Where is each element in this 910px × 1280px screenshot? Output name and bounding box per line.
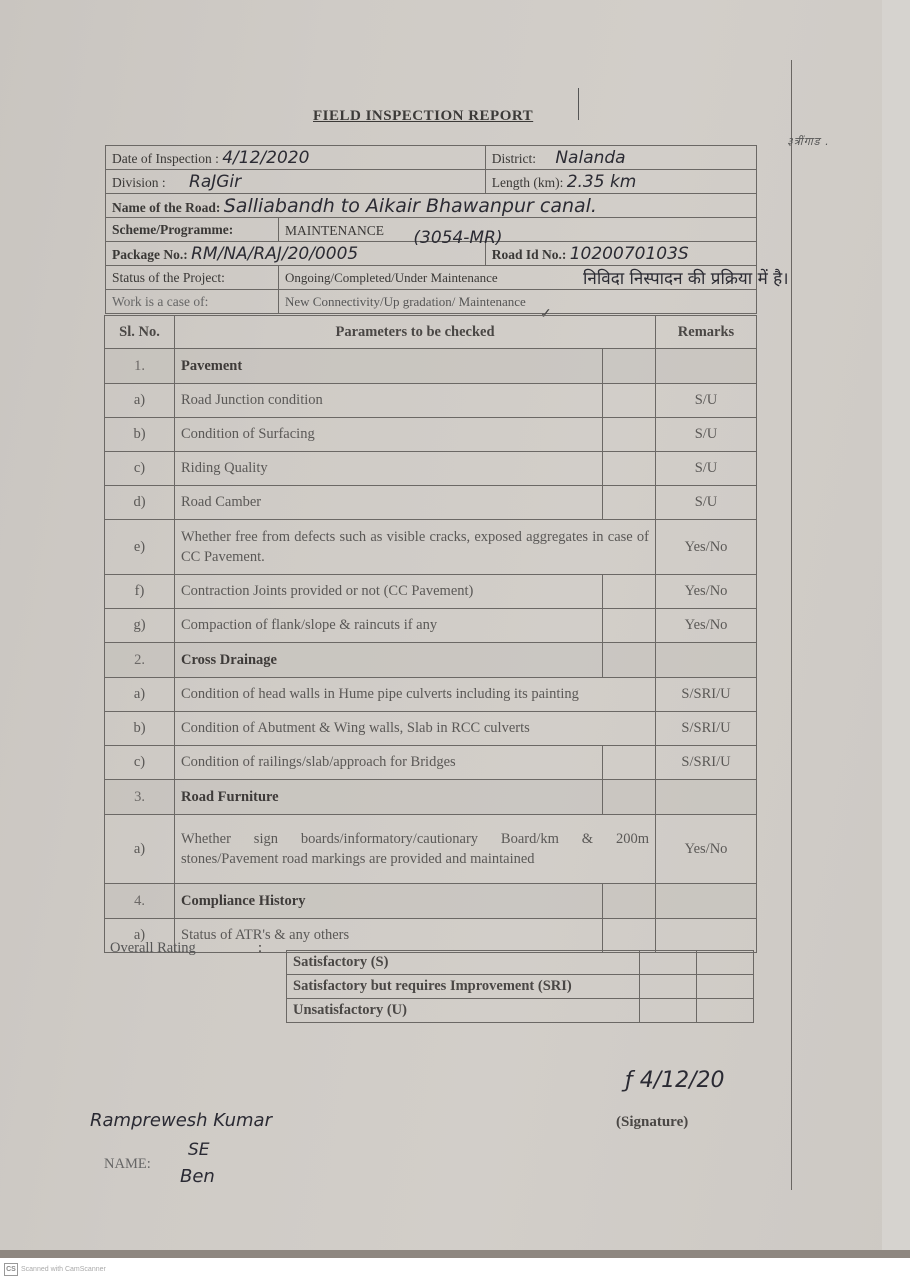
table-row: a)Condition of head walls in Hume pipe c… (105, 678, 757, 712)
item-remark: Yes/No (656, 520, 757, 575)
work-options: New Connectivity/Up gradation/ Maintenan… (279, 290, 757, 314)
item-remark: S/SRI/U (656, 712, 757, 746)
item-number: b) (105, 712, 175, 746)
camscanner-watermark: CS Scanned with CamScanner (4, 1263, 106, 1276)
rating-option-sri: Satisfactory but requires Improvement (S… (287, 975, 640, 999)
scheme-value: MAINTENANCE (285, 223, 384, 238)
item-number: a) (105, 384, 175, 418)
table-row: c)Riding QualityS/U (105, 452, 757, 486)
item-parameter: Whether free from defects such as visibl… (175, 520, 656, 575)
road-id-label: Road Id No.: (492, 247, 567, 262)
item-number: f) (105, 575, 175, 609)
table-row: f)Contraction Joints provided or not (CC… (105, 575, 757, 609)
inspector-designation: SE (188, 1140, 210, 1160)
item-parameter: Compaction of flank/slope & raincuts if … (175, 609, 603, 643)
watermark-text: Scanned with CamScanner (21, 1266, 106, 1273)
parameters-table: Sl. No.Parameters to be checkedRemarks1.… (104, 315, 757, 953)
item-number: c) (105, 746, 175, 780)
signature-mark: ƒ 4/12/20 (625, 1068, 725, 1093)
item-remark: S/U (656, 384, 757, 418)
item-remark (656, 919, 757, 953)
fold-line (791, 60, 792, 1190)
camscanner-icon: CS (4, 1263, 18, 1276)
table-row: a)Whether sign boards/informatory/cautio… (105, 815, 757, 884)
section-name: Pavement (175, 349, 603, 384)
table-row: e)Whether free from defects such as visi… (105, 520, 757, 575)
col-sl-header: Sl. No. (105, 316, 175, 349)
road-name-label: Name of the Road: (112, 200, 220, 215)
page-bottom-edge (0, 1250, 910, 1258)
overall-rating-table: Satisfactory (S) Satisfactory but requir… (286, 950, 754, 1023)
item-parameter: Contraction Joints provided or not (CC P… (175, 575, 603, 609)
section-name: Compliance History (175, 884, 603, 919)
item-parameter: Status of ATR's & any others (175, 919, 603, 953)
item-parameter: Condition of Abutment & Wing walls, Slab… (175, 712, 656, 746)
division-label: Division : (112, 175, 166, 190)
item-remark: S/SRI/U (656, 678, 757, 712)
section-name: Road Furniture (175, 780, 603, 815)
table-row: b)Condition of SurfacingS/U (105, 418, 757, 452)
status-note-hindi: निविदा निस्पादन की प्रक्रिया में है। (583, 266, 789, 289)
section-number: 4. (105, 884, 175, 919)
table-row: a)Status of ATR's & any others (105, 919, 757, 953)
item-number: d) (105, 486, 175, 520)
scheme-label: Scheme/Programme: (106, 218, 279, 242)
table-row: g)Compaction of flank/slope & raincuts i… (105, 609, 757, 643)
section-row: 2.Cross Drainage (105, 643, 757, 678)
item-number: g) (105, 609, 175, 643)
item-remark: S/U (656, 452, 757, 486)
rating-option-s: Satisfactory (S) (287, 951, 640, 975)
item-remark: S/U (656, 418, 757, 452)
page-edge (882, 0, 910, 1258)
inspector-location: Ben (180, 1166, 215, 1187)
item-parameter: Condition of railings/slab/approach for … (175, 746, 603, 780)
item-parameter: Riding Quality (175, 452, 603, 486)
length-label: Length (km): (492, 175, 564, 190)
item-parameter: Road Camber (175, 486, 603, 520)
date-label: Date of Inspection : (112, 151, 219, 166)
status-label: Status of the Project: (106, 266, 279, 290)
road-id-value: 1020070103S (570, 244, 689, 264)
item-parameter: Road Junction condition (175, 384, 603, 418)
table-row: c)Condition of railings/slab/approach fo… (105, 746, 757, 780)
item-number: e) (105, 520, 175, 575)
margin-scribble: ३त्रींगाड . (787, 134, 830, 149)
overall-rating-colon: : (258, 940, 262, 957)
item-number: b) (105, 418, 175, 452)
item-parameter: Condition of head walls in Hume pipe cul… (175, 678, 656, 712)
section-number: 2. (105, 643, 175, 678)
item-remark: Yes/No (656, 575, 757, 609)
district-value: Nalanda (555, 148, 625, 168)
section-name: Cross Drainage (175, 643, 603, 678)
package-value: RM/NA/RAJ/20/0005 (191, 244, 358, 264)
section-row: 3.Road Furniture (105, 780, 757, 815)
item-parameter: Whether sign boards/informatory/cautiona… (175, 815, 656, 884)
document-title: FIELD INSPECTION REPORT (313, 108, 533, 125)
signature-label: (Signature) (616, 1114, 688, 1131)
overall-rating-label: Overall Rating (110, 940, 196, 957)
fold-line (578, 88, 579, 120)
item-number: c) (105, 452, 175, 486)
section-number: 1. (105, 349, 175, 384)
rating-option-u: Unsatisfactory (U) (287, 999, 640, 1023)
table-row: d)Road CamberS/U (105, 486, 757, 520)
length-value: 2.35 km (567, 172, 637, 192)
item-number: a) (105, 678, 175, 712)
inspector-name: Ramprewesh Kumar (90, 1110, 272, 1131)
section-number: 3. (105, 780, 175, 815)
item-remark: S/U (656, 486, 757, 520)
work-label: Work is a case of: (106, 290, 279, 314)
package-label: Package No.: (112, 247, 188, 262)
item-parameter: Condition of Surfacing (175, 418, 603, 452)
name-label: NAME: (104, 1156, 151, 1173)
table-row: b)Condition of Abutment & Wing walls, Sl… (105, 712, 757, 746)
item-remark: Yes/No (656, 815, 757, 884)
section-row: 4.Compliance History (105, 884, 757, 919)
item-remark: Yes/No (656, 609, 757, 643)
date-value: 4/12/2020 (222, 148, 309, 168)
table-header-row: Sl. No.Parameters to be checkedRemarks (105, 316, 757, 349)
road-name-value: Salliabandh to Aikair Bhawanpur canal. (224, 195, 597, 217)
table-row: a)Road Junction conditionS/U (105, 384, 757, 418)
col-param-header: Parameters to be checked (175, 316, 656, 349)
col-remarks-header: Remarks (656, 316, 757, 349)
section-row: 1.Pavement (105, 349, 757, 384)
item-remark: S/SRI/U (656, 746, 757, 780)
scheme-note: (3054-MR) (413, 228, 502, 248)
district-label: District: (492, 151, 536, 166)
division-value: RaJGir (189, 172, 241, 192)
item-number: a) (105, 815, 175, 884)
